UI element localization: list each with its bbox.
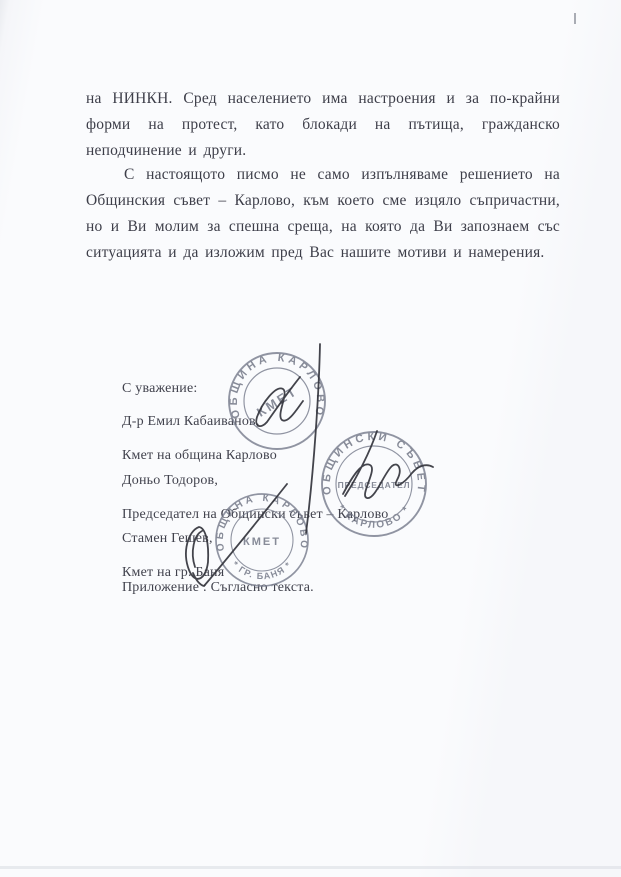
signature-geshev-loop (186, 527, 208, 579)
stamp-banya-mayor: ОБЩИНА КАРЛОВО * ГР. БАНЯ * КМЕТ (215, 493, 310, 586)
stamps-and-signatures-layer: ОБЩИНА КАРЛОВО КМЕТ ОБЩИНСКИ СЪВЕТ * КАР… (0, 0, 621, 877)
scan-edge-line (0, 866, 621, 869)
svg-text:* КАРЛОВО *: * КАРЛОВО * (335, 503, 413, 531)
scan-artifact-mark (574, 13, 576, 24)
stamp-ring-bottom-label: * ГР. БАНЯ * (230, 559, 294, 581)
stamp-karlovo-mayor: ОБЩИНА КАРЛОВО КМЕТ (228, 352, 326, 449)
svg-text:* ГР. БАНЯ *: * ГР. БАНЯ * (230, 559, 294, 581)
scanned-letter-page: { "letter": { "paragraphs": [ "на НИНКН.… (0, 0, 621, 877)
stamp-ring-bottom-label: * КАРЛОВО * (335, 503, 413, 531)
stamp-municipal-council: ОБЩИНСКИ СЪВЕТ * КАРЛОВО * ПРЕДСЕДАТЕЛ (321, 431, 428, 536)
stamp-center-label: КМЕТ (243, 536, 281, 548)
